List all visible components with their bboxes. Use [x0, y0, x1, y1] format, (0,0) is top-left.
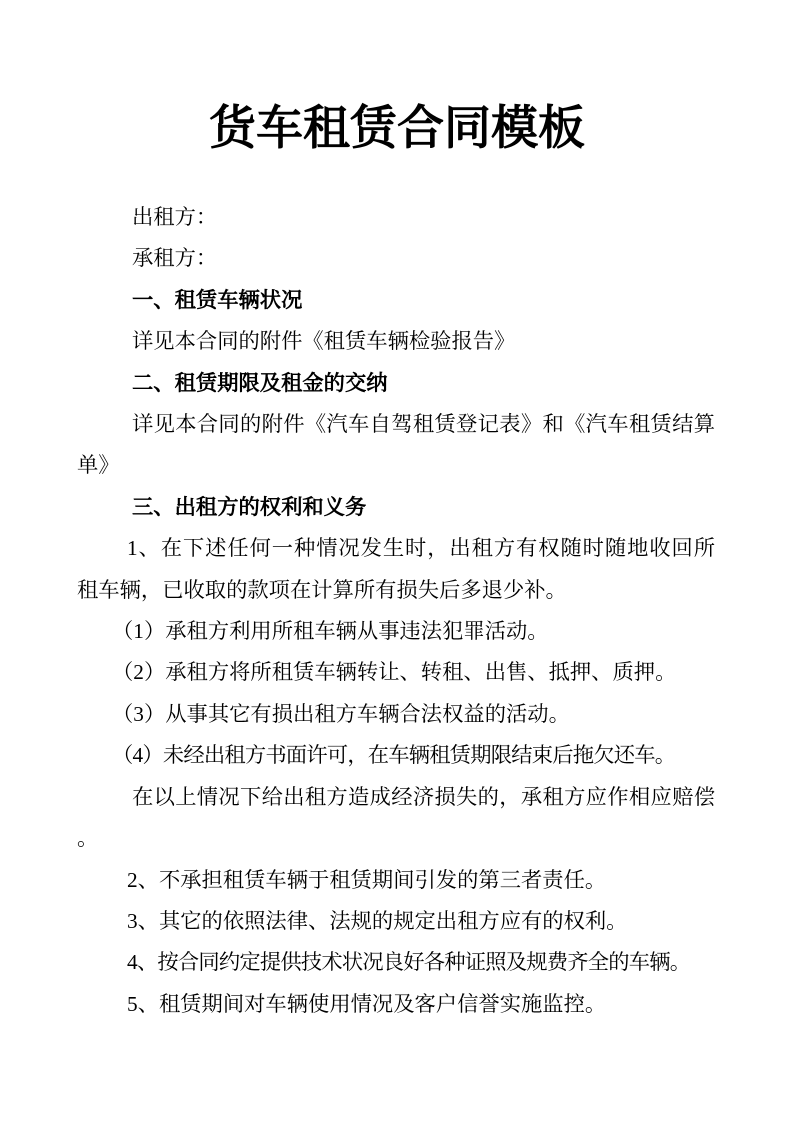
text-line: （4）未经出租方书面许可，在车辆租赁期限结束后拖欠还车。 — [77, 735, 715, 776]
text-line: （2）承租方将所租赁车辆转让、转租、出售、抵押、质押。 — [77, 652, 715, 693]
text-line: 出租方： — [77, 197, 715, 238]
section-heading: 三、出租方的权利和义务 — [77, 487, 715, 528]
text-line: 详见本合同的附件《汽车自驾租赁登记表》和《汽车租赁结算 — [77, 404, 715, 445]
text-line: 。 — [77, 818, 715, 859]
section-heading: 一、租赁车辆状况 — [77, 280, 715, 321]
text-line: 承租方： — [77, 238, 715, 279]
text-line: （3）从事其它有损出租方车辆合法权益的活动。 — [77, 694, 715, 735]
text-line: 3、其它的依照法律、法规的规定出租方应有的权利。 — [77, 901, 715, 942]
section-heading: 二、租赁期限及租金的交纳 — [77, 363, 715, 404]
text-line: 租车辆，已收取的款项在计算所有损失后多退少补。 — [77, 570, 715, 611]
text-line: 详见本合同的附件《租赁车辆检验报告》 — [77, 321, 715, 362]
document-body: 出租方：承租方：一、租赁车辆状况详见本合同的附件《租赁车辆检验报告》二、租赁期限… — [77, 197, 715, 1025]
text-line: 2、不承担租赁车辆于租赁期间引发的第三者责任。 — [77, 860, 715, 901]
text-line: （1）承租方利用所租车辆从事违法犯罪活动。 — [77, 611, 715, 652]
document-title: 货车租赁合同模板 — [0, 92, 794, 164]
text-line: 1、在下述任何一种情况发生时，出租方有权随时随地收回所 — [77, 528, 715, 569]
text-line: 单》 — [77, 445, 715, 486]
document-page: 货车租赁合同模板 出租方：承租方：一、租赁车辆状况详见本合同的附件《租赁车辆检验… — [0, 0, 794, 1123]
text-line: 在以上情况下给出租方造成经济损失的，承租方应作相应赔偿 — [77, 777, 715, 818]
text-line: 4、按合同约定提供技术状况良好各种证照及规费齐全的车辆。 — [77, 942, 715, 983]
text-line: 5、租赁期间对车辆使用情况及客户信誉实施监控。 — [77, 984, 715, 1025]
